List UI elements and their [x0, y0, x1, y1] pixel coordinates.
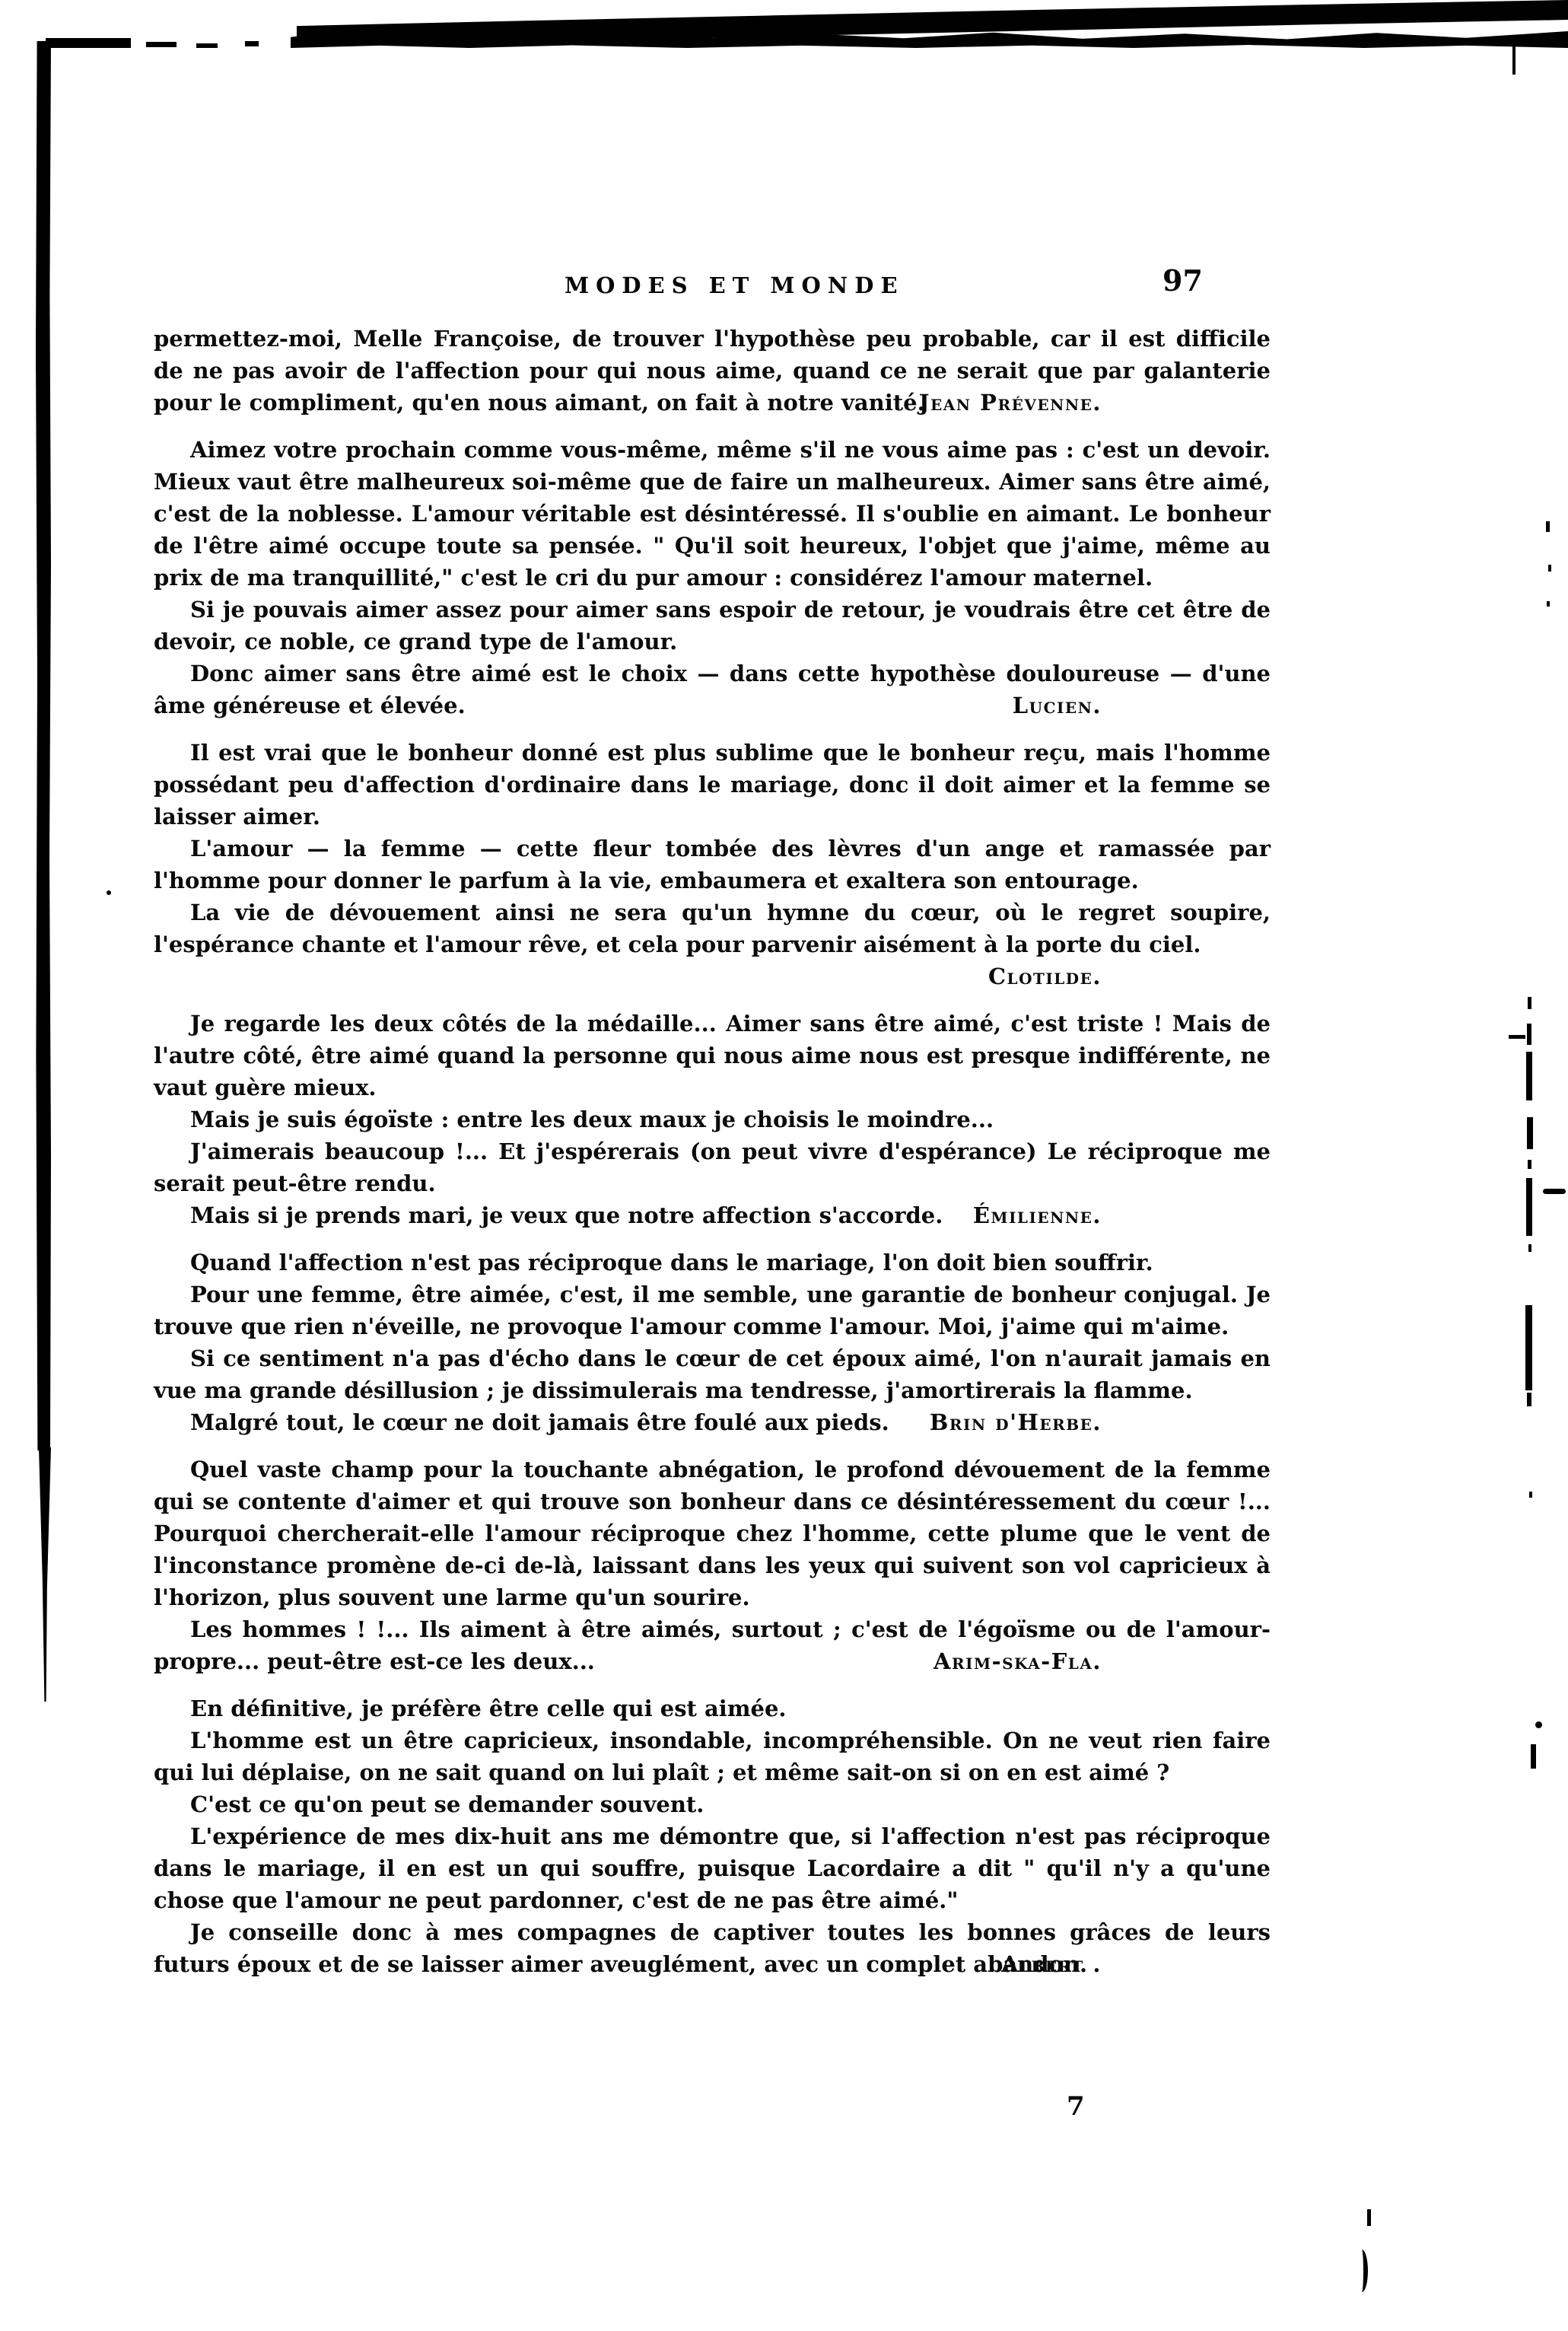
paragraph: J'aimerais beaucoup !... Et j'espérerais…: [154, 1135, 1271, 1199]
scan-artifact-right-dot: [1535, 1721, 1542, 1728]
paragraph: Aimez votre prochain comme vous-même, mê…: [154, 434, 1271, 594]
scan-artifact-left-border-taper: [39, 1447, 51, 1702]
scan-artifact-bottom-right-tick: [1367, 2209, 1371, 2226]
scan-artifact-right-mark: [1531, 1744, 1536, 1769]
scan-artifact-right-mark: [1527, 1117, 1533, 1149]
scan-artifact-right-mark: [1546, 521, 1550, 532]
scan-artifact-right-swoosh: [1543, 1189, 1566, 1194]
paragraph: Quand l'affection n'est pas réciproque d…: [154, 1247, 1271, 1279]
paragraph: La vie de dévouement ainsi ne sera qu'un…: [154, 896, 1271, 960]
paragraph: L'amour — la femme — cette fleur tombée …: [154, 833, 1271, 896]
scan-artifact-right-mark: [1528, 1244, 1531, 1252]
scan-artifact-top-speck: [245, 41, 259, 46]
text-block: permettez-moi, Melle Françoise, de trouv…: [154, 323, 1271, 1995]
scan-artifact-top-speck: [146, 42, 177, 47]
scan-artifact-right-mark: [1529, 1492, 1532, 1498]
scan-artifact-left-dot: [107, 890, 111, 895]
letter-entry: En définitive, je préfère être celle qui…: [154, 1693, 1271, 1980]
letter-entry: Il est vrai que le bonheur donné est plu…: [154, 737, 1271, 992]
letter-entry: Quand l'affection n'est pas réciproque d…: [154, 1247, 1271, 1438]
letter-entry: permettez-moi, Melle Françoise, de trouv…: [154, 323, 1271, 419]
scan-artifact-right-mark: [1547, 601, 1550, 607]
paragraph: Pour une femme, être aimée, c'est, il me…: [154, 1279, 1271, 1342]
paragraph: L'homme est un être capricieux, insondab…: [154, 1724, 1271, 1788]
scan-artifact-right-mark: [1525, 1305, 1532, 1390]
paragraph: Si ce sentiment n'a pas d'écho dans le c…: [154, 1342, 1271, 1406]
scan-artifact-right-thin-line: [1512, 43, 1516, 75]
scan-artifact-right-mark: [1527, 1393, 1531, 1406]
paragraph: Quel vaste champ pour la touchante abnég…: [154, 1454, 1271, 1613]
scan-artifact-right-dash: [1509, 1035, 1525, 1039]
scan-artifact-top-ragged-band: [291, 31, 1568, 48]
running-head-title: MODES ET MONDE: [565, 272, 905, 298]
signature: Clotilde.: [154, 960, 1271, 992]
scan-artifact-right-mark: [1528, 997, 1531, 1009]
scan-artifact-left-border-bar: [36, 41, 51, 1451]
paragraph: L'expérience de mes dix-huit ans me démo…: [154, 1820, 1271, 1916]
paragraph: Il est vrai que le bonheur donné est plu…: [154, 737, 1271, 833]
paragraph: Je regarde les deux côtés de la médaille…: [154, 1008, 1271, 1103]
catchword-page-mark: 7: [1067, 2091, 1085, 2122]
paragraph: En définitive, je préfère être celle qui…: [154, 1693, 1271, 1724]
scan-artifact-right-mark: [1526, 1052, 1532, 1100]
page-number: 97: [1162, 263, 1203, 298]
scan-artifact-bottom-right-curl: [1356, 2250, 1368, 2292]
letter-entry: Je regarde les deux côtés de la médaille…: [154, 1008, 1271, 1231]
paragraph: Mais je suis égoïste : entre les deux ma…: [154, 1103, 1271, 1135]
scan-artifact-right-mark: [1528, 1160, 1531, 1169]
scan-artifact-right-mark: [1526, 1178, 1532, 1236]
scan-artifact-top-speck: [196, 43, 218, 48]
scan-artifact-top-left-dash: [46, 38, 131, 48]
scan-artifact-right-mark: [1548, 565, 1551, 572]
paragraph: C'est ce qu'on peut se demander souvent.: [154, 1788, 1271, 1820]
scan-artifact-right-mark: [1527, 1024, 1531, 1045]
letter-entry: Aimez votre prochain comme vous-même, mê…: [154, 434, 1271, 721]
letter-entry: Quel vaste champ pour la touchante abnég…: [154, 1454, 1271, 1677]
paragraph: Si je pouvais aimer assez pour aimer san…: [154, 594, 1271, 658]
scanned-page: MODES ET MONDE 97 permettez-moi, Melle F…: [0, 0, 1568, 2331]
